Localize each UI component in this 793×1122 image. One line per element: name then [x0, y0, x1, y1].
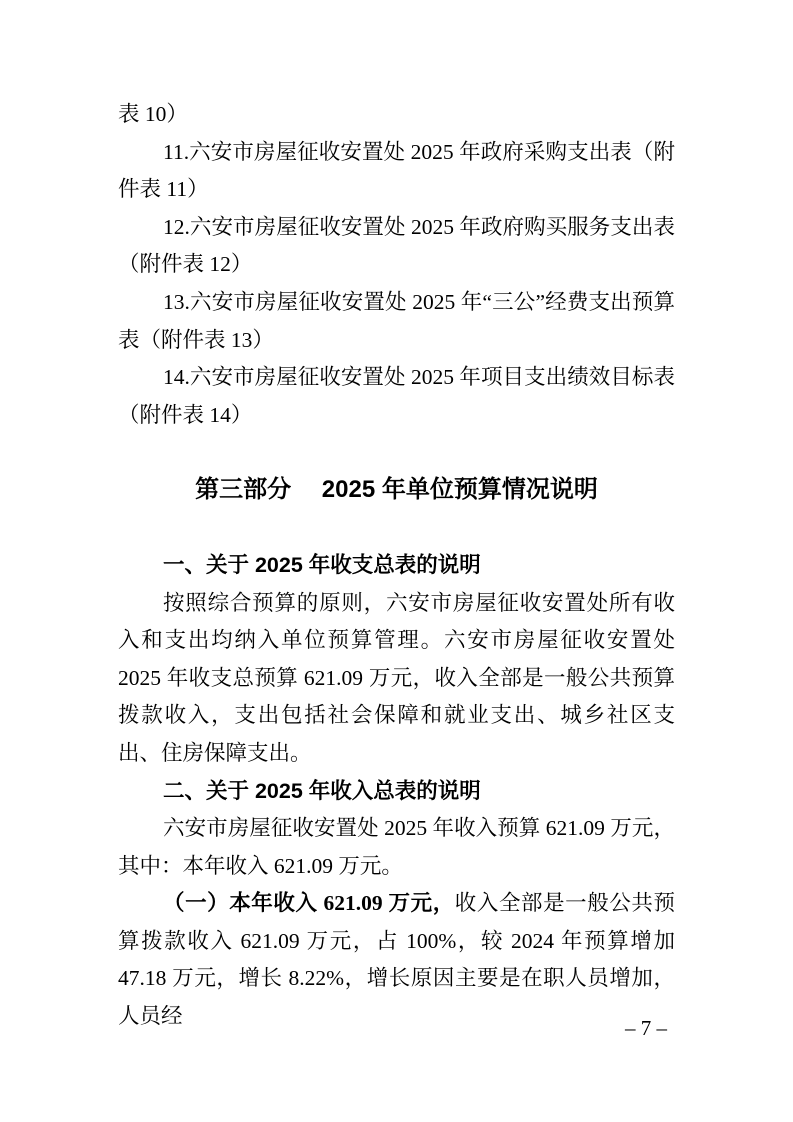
doc-page: 表 10） 11.六安市房屋征收安置处 2025 年政府采购支出表（附件表 11…	[0, 0, 793, 1122]
section2-subitem-paragraph: （一）本年收入 621.09 万元，收入全部是一般公共预算拨款收入 621.09…	[118, 885, 675, 1035]
attachment-item-14: 14.六安市房屋征收安置处 2025 年项目支出绩效目标表（附件表 14）	[118, 359, 675, 434]
section2-paragraph: 六安市房屋征收安置处 2025 年收入预算 621.09 万元，其中：本年收入 …	[118, 810, 675, 885]
section1-heading: 一、关于 2025 年收支总表的说明	[118, 547, 675, 585]
attachment-item-13: 13.六安市房屋征收安置处 2025 年“三公”经费支出预算表（附件表 13）	[118, 284, 675, 359]
attachment-item-11: 11.六安市房屋征收安置处 2025 年政府采购支出表（附件表 11）	[118, 134, 675, 209]
document-body: 表 10） 11.六安市房屋征收安置处 2025 年政府采购支出表（附件表 11…	[118, 96, 675, 1036]
part3-title: 第三部分 2025 年单位预算情况说明	[118, 471, 675, 509]
section2-heading: 二、关于 2025 年收入总表的说明	[118, 773, 675, 811]
attachment-item-12: 12.六安市房屋征收安置处 2025 年政府购买服务支出表（附件表 12）	[118, 209, 675, 284]
attachment-item-10-continuation: 表 10）	[118, 96, 675, 134]
section1-paragraph: 按照综合预算的原则，六安市房屋征收安置处所有收入和支出均纳入单位预算管理。六安市…	[118, 585, 675, 773]
subitem-lead-bold: （一）本年收入 621.09 万元，	[163, 891, 455, 915]
page-number: – 7 –	[625, 1014, 667, 1042]
